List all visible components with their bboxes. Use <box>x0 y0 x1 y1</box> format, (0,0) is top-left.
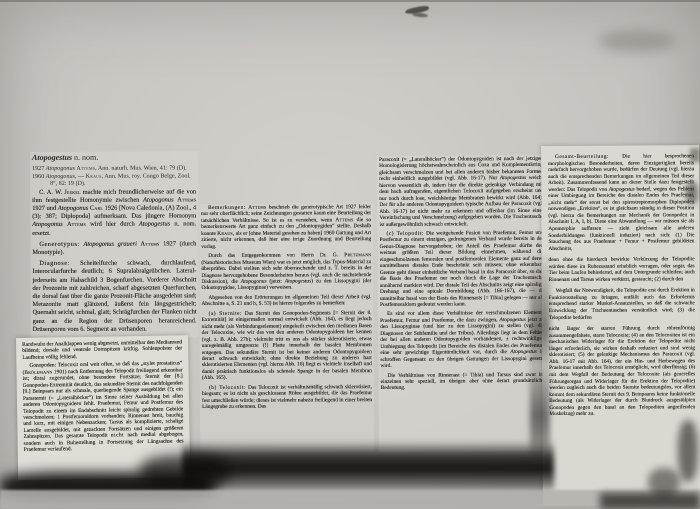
paragraph-telocoxit: (b) Telocoxit: Das Telocoxit ist verhält… <box>202 384 372 411</box>
paragraph: nicht länger der starren Führung durch r… <box>549 325 695 417</box>
column-right: Gesamt-Beurteilung: Die hier besprochene… <box>548 153 696 500</box>
paragraph: C. A. W. Jeekel machte mich freundlicher… <box>32 188 196 238</box>
paragraph: Abgesehen von den Erörterungen im allgem… <box>201 294 371 308</box>
scan-smear <box>598 30 676 52</box>
scan-top-edge-line <box>0 0 700 2</box>
paragraph-sternite: (a) Sternite: Das Sternit des Gonopoden-… <box>202 310 372 382</box>
paragraph: Wegfall der Notwendigkeit, die Telopodit… <box>549 288 695 321</box>
synonymy-entry: 1960 Atopogonus, — Kraus, Ann. Mus. roy.… <box>32 173 196 189</box>
paragraph: denn ohne die hierdurch bewirkte Verkürz… <box>549 256 695 283</box>
paragraph: Paracoxit (= „Lateralhöcker“) der Odonto… <box>379 156 543 228</box>
paragraph-bemerkungen: Bemerkungen: Attems beschrieb die genero… <box>201 204 371 250</box>
pen-scribble-mark <box>405 5 430 14</box>
column-third: Paracoxit (= „Lateralhöcker“) der Odonto… <box>377 155 547 452</box>
paragraph: Randwulst der Analklappen wenig abgesetz… <box>22 339 182 361</box>
paragraph-telopodit: (c) Telopodit: Die weitgehende Fusion vo… <box>380 230 545 309</box>
paragraph-gesamt-beurteilung: Gesamt-Beurteilung: Die hier besprochene… <box>548 153 695 252</box>
paragraph-generotypus: Generotypus: Atopogonus graueri Attems 1… <box>32 240 196 257</box>
paragraph: Die Verhältnisse von Rinnenast (= Tibia)… <box>381 371 545 392</box>
paragraph: Durch das Entgegenkommen von Herrn Dr. G… <box>201 252 371 292</box>
scanned-paper-page: Atopogestus n. nom. 1927 Atopogonus Atte… <box>0 0 700 509</box>
pen-scribble-mark <box>412 12 428 18</box>
column-left: Atopogestus n. nom. 1927 Atopogonus Atte… <box>30 151 199 338</box>
pasted-small-print-block: Randwulst der Analklappen wenig abgesetz… <box>16 335 190 480</box>
column-middle: Bemerkungen: Attems beschrieb die genero… <box>199 203 374 452</box>
paragraph: Es sind vor allem diese Verhältnisse der… <box>380 310 544 369</box>
genus-heading: Atopogestus n. nom. <box>32 152 196 163</box>
paragraph-gonopoden: Gonopoden: Telocoxit oral weit offen, so… <box>22 361 183 454</box>
paragraph-diagnose: Diagnose: Scheitelfurche schwach, durchl… <box>32 260 196 334</box>
